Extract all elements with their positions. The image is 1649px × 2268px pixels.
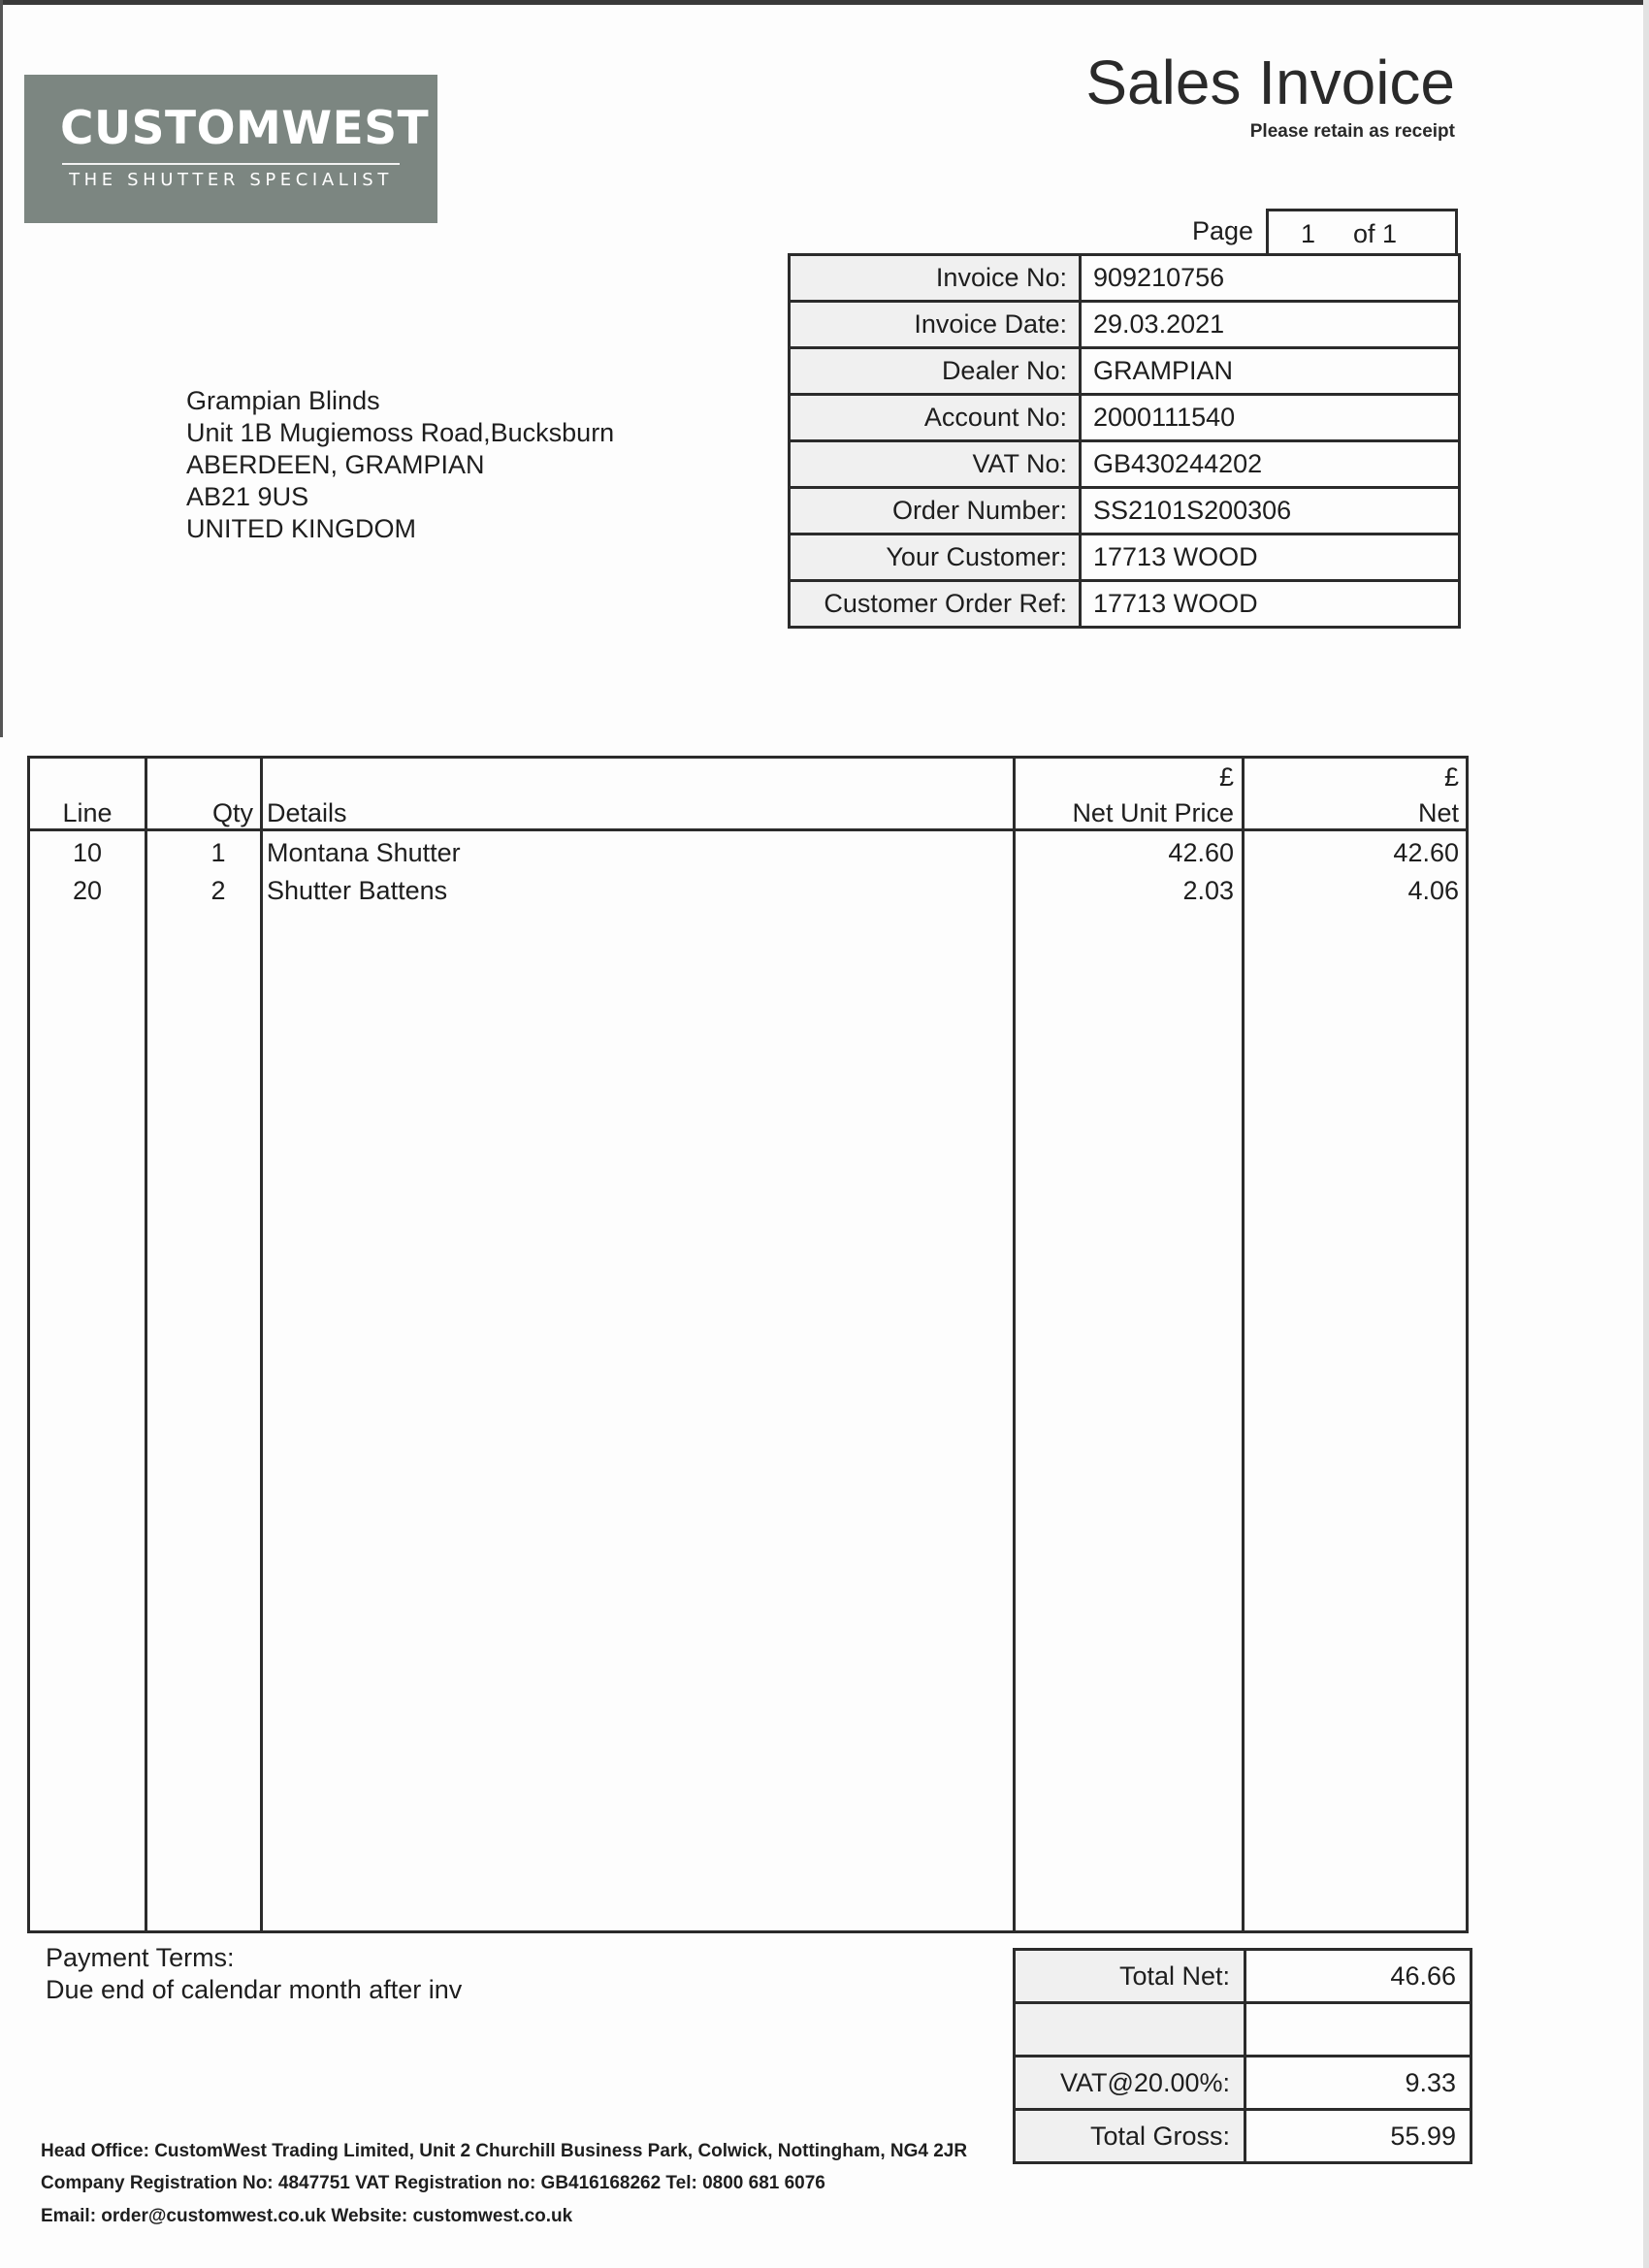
info-value: 2000111540 (1081, 395, 1460, 441)
info-row: Order Number:SS2101S200306 (790, 488, 1460, 535)
scan-edge (1643, 0, 1649, 2268)
address-line: ABERDEEN, GRAMPIAN (186, 449, 614, 481)
info-label: Account No: (790, 395, 1081, 441)
header-divider (30, 828, 1466, 831)
page-indicator: 1 of 1 (1266, 209, 1458, 253)
cell-unit-price: 2.03 (1016, 876, 1234, 906)
footer-head-office: Head Office: CustomWest Trading Limited,… (41, 2141, 967, 2162)
cell-details: Shutter Battens (267, 876, 447, 906)
header-unit-price-currency: £ (1016, 762, 1234, 793)
page-current: 1 (1301, 219, 1315, 249)
totals-row: VAT@20.00%:9.33 (1015, 2057, 1471, 2110)
info-label: Order Number: (790, 488, 1081, 535)
logo-divider (62, 163, 400, 165)
info-row: Your Customer:17713 WOOD (790, 535, 1460, 581)
cell-details: Montana Shutter (267, 838, 461, 868)
totals-value: 55.99 (1245, 2110, 1471, 2163)
totals-label (1015, 2003, 1245, 2057)
cell-line: 20 (30, 876, 145, 906)
column-divider (30, 759, 1245, 1930)
info-value: GB430244202 (1081, 441, 1460, 488)
totals-label: Total Gross: (1015, 2110, 1245, 2163)
info-value: SS2101S200306 (1081, 488, 1460, 535)
info-value: 17713 WOOD (1081, 581, 1460, 628)
header-qty: Qty (145, 798, 253, 828)
header-net-currency: £ (1245, 762, 1459, 793)
cell-net: 4.06 (1245, 876, 1459, 906)
page-label: Page (1115, 216, 1253, 246)
info-row: Invoice Date:29.03.2021 (790, 302, 1460, 348)
company-logo: CUSTOMWEST THE SHUTTER SPECIALIST (24, 75, 437, 223)
billing-address: Grampian BlindsUnit 1B Mugiemoss Road,Bu… (186, 385, 614, 545)
page-total: of 1 (1353, 219, 1397, 249)
info-value: 909210756 (1081, 255, 1460, 302)
logo-name: CUSTOMWEST (60, 106, 402, 151)
totals-value: 46.66 (1245, 1950, 1471, 2003)
info-row: Account No:2000111540 (790, 395, 1460, 441)
totals-value: 9.33 (1245, 2057, 1471, 2110)
info-label: Dealer No: (790, 348, 1081, 395)
totals-value (1245, 2003, 1471, 2057)
scan-edge (0, 0, 3, 737)
payment-terms-value: Due end of calendar month after inv (46, 1974, 462, 2006)
document-subtitle: Please retain as receipt (1250, 121, 1455, 143)
payment-terms-label: Payment Terms: (46, 1942, 462, 1974)
totals-label: VAT@20.00%: (1015, 2057, 1245, 2110)
totals-label: Total Net: (1015, 1950, 1245, 2003)
totals-row (1015, 2003, 1471, 2057)
info-value: 17713 WOOD (1081, 535, 1460, 581)
header-details: Details (267, 798, 347, 828)
header-line: Line (30, 798, 145, 828)
info-row: Dealer No:GRAMPIAN (790, 348, 1460, 395)
line-items-table: Line Qty Details £ Net Unit Price £ Net … (27, 756, 1469, 1933)
cell-qty: 1 (145, 838, 253, 868)
logo-tagline: THE SHUTTER SPECIALIST (62, 170, 400, 191)
info-value: GRAMPIAN (1081, 348, 1460, 395)
info-row: VAT No:GB430244202 (790, 441, 1460, 488)
totals-row: Total Gross:55.99 (1015, 2110, 1471, 2163)
info-label: Your Customer: (790, 535, 1081, 581)
address-line: Unit 1B Mugiemoss Road,Bucksburn (186, 417, 614, 449)
footer-contact: Email: order@customwest.co.uk Website: c… (41, 2206, 572, 2227)
document-title: Sales Invoice (1085, 49, 1455, 116)
info-label: Invoice No: (790, 255, 1081, 302)
info-label: VAT No: (790, 441, 1081, 488)
address-line: Grampian Blinds (186, 385, 614, 417)
payment-terms: Payment Terms: Due end of calendar month… (46, 1942, 462, 2006)
info-row: Customer Order Ref:17713 WOOD (790, 581, 1460, 628)
cell-qty: 2 (145, 876, 253, 906)
totals-table: Total Net:46.66VAT@20.00%:9.33Total Gros… (1013, 1948, 1472, 2164)
cell-net: 42.60 (1245, 838, 1459, 868)
info-row: Invoice No:909210756 (790, 255, 1460, 302)
header-net: Net (1245, 798, 1459, 828)
header-unit-price: Net Unit Price (1016, 798, 1234, 828)
info-label: Invoice Date: (790, 302, 1081, 348)
info-label: Customer Order Ref: (790, 581, 1081, 628)
info-value: 29.03.2021 (1081, 302, 1460, 348)
invoice-info-table: Invoice No:909210756Invoice Date:29.03.2… (788, 253, 1461, 629)
cell-line: 10 (30, 838, 145, 868)
totals-row: Total Net:46.66 (1015, 1950, 1471, 2003)
cell-unit-price: 42.60 (1016, 838, 1234, 868)
address-line: AB21 9US (186, 481, 614, 513)
scan-edge (0, 0, 1649, 5)
address-line: UNITED KINGDOM (186, 513, 614, 545)
footer-registration: Company Registration No: 4847751 VAT Reg… (41, 2173, 825, 2194)
